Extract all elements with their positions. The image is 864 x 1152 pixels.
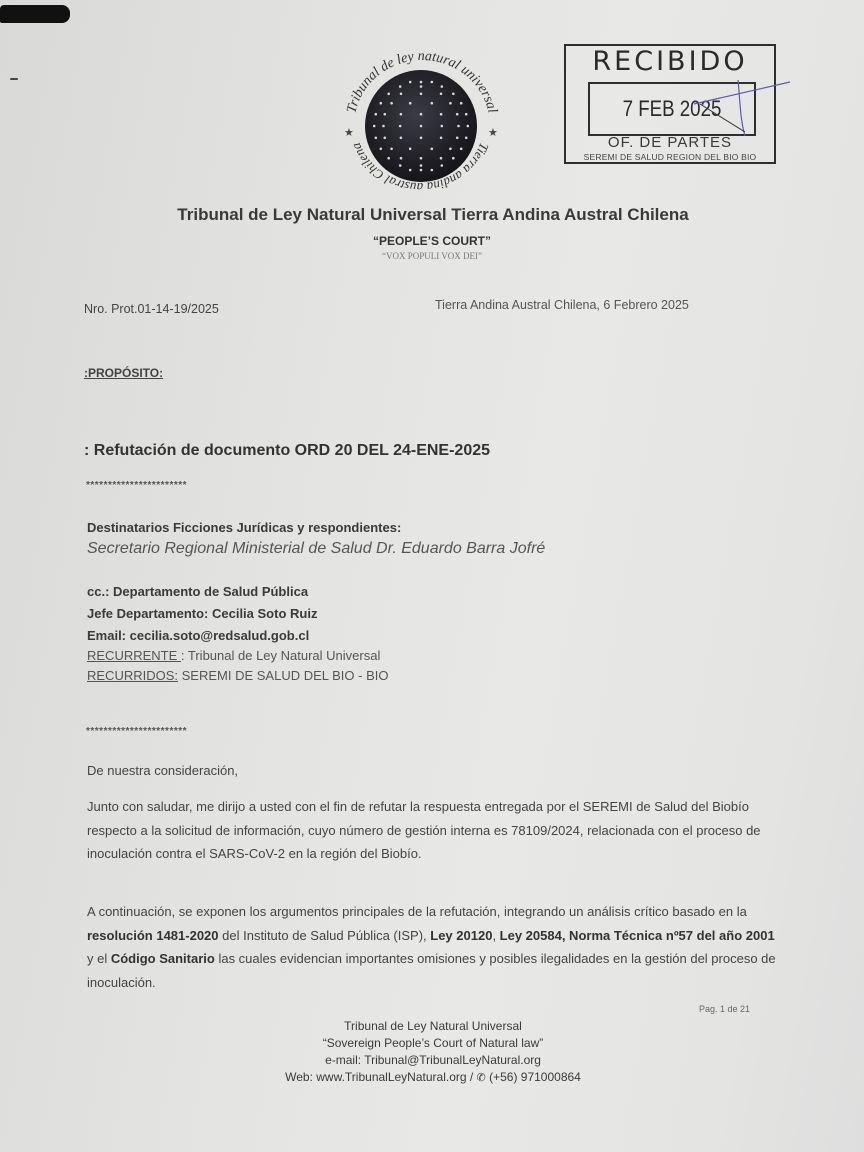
subject-line: : Refutación de documento ORD 20 DEL 24-…: [84, 442, 490, 460]
org-subtitle: “PEOPLE’S COURT”: [0, 234, 864, 248]
email-label: Email:: [87, 628, 130, 643]
recurrente-label: RECURRENTE: [87, 648, 181, 663]
svg-text:★: ★: [488, 127, 498, 139]
footer: Tribunal de Ley Natural Universal “Sover…: [0, 1018, 864, 1087]
purpose-label: :PROPÓSITO:: [84, 366, 163, 380]
org-title: Tribunal de Ley Natural Universal Tierra…: [0, 205, 864, 225]
phone-icon: ✆: [477, 1072, 486, 1084]
svg-text:★: ★: [344, 127, 354, 139]
org-motto: “VOX POPULI VOX DEI”: [0, 251, 864, 261]
place-date: Tierra Andina Austral Chilena, 6 Febrero…: [435, 298, 689, 312]
recurrente-value: : Tribunal de Ley Natural Universal: [181, 648, 380, 663]
geodesic-sphere-icon: Tribunal de ley natural universal Tierra…: [332, 38, 510, 202]
footer-contact: Web: www.TribunalLeyNatural.org / ✆ (+56…: [2, 1069, 864, 1087]
document-page: Tribunal de ley natural universal Tierra…: [0, 0, 864, 1152]
stamp-title: RECIBIDO: [566, 46, 774, 77]
cc-line: cc.: Departamento de Salud Pública: [87, 580, 388, 602]
page-number: Pag. 1 de 21: [699, 1004, 750, 1014]
redaction-mark: [0, 5, 70, 23]
recurridos-label: RECURRIDOS:: [87, 668, 178, 683]
recipients-label: Destinatarios Ficciones Jurídicas y resp…: [87, 520, 401, 535]
stamp-region: SEREMI DE SALUD REGION DEL BIO BIO: [566, 152, 774, 162]
paragraph-2: A continuación, se exponen los argumento…: [87, 900, 777, 994]
email-line: Email: cecilia.soto@redsalud.gob.cl: [87, 624, 388, 646]
signature-mark: [690, 74, 800, 144]
footer-phone: (+56) 971000864: [486, 1070, 581, 1084]
paper-speck: [10, 78, 18, 80]
cc-block: cc.: Departamento de Salud Pública Jefe …: [87, 580, 388, 686]
recurrente-line: RECURRENTE : Tribunal de Ley Natural Uni…: [87, 646, 388, 666]
paragraph-1: Junto con saludar, me dirijo a usted con…: [87, 795, 777, 866]
greeting: De nuestra consideración,: [87, 763, 238, 778]
recurridos-value: SEREMI DE SALUD DEL BIO - BIO: [178, 668, 388, 683]
recurridos-line: RECURRIDOS: SEREMI DE SALUD DEL BIO - BI…: [87, 666, 388, 686]
tribunal-seal: Tribunal de ley natural universal Tierra…: [332, 38, 510, 202]
chief-line: Jefe Departamento: Cecilia Soto Ruiz: [87, 602, 388, 624]
footer-web[interactable]: Web: www.TribunalLeyNatural.org /: [285, 1070, 476, 1084]
email-value[interactable]: cecilia.soto@redsalud.gob.cl: [130, 628, 310, 643]
footer-org: Tribunal de Ley Natural Universal: [2, 1018, 864, 1035]
recipient-name: Secretario Regional Ministerial de Salud…: [87, 540, 545, 558]
protocol-number: Nro. Prot.01-14-19/2025: [84, 302, 219, 316]
footer-tagline: “Sovereign People’s Court of Natural law…: [2, 1035, 864, 1052]
separator: ***********************: [86, 726, 187, 737]
footer-email[interactable]: e-mail: Tribunal@TribunalLeyNatural.org: [2, 1052, 864, 1069]
separator: ***********************: [86, 480, 187, 491]
